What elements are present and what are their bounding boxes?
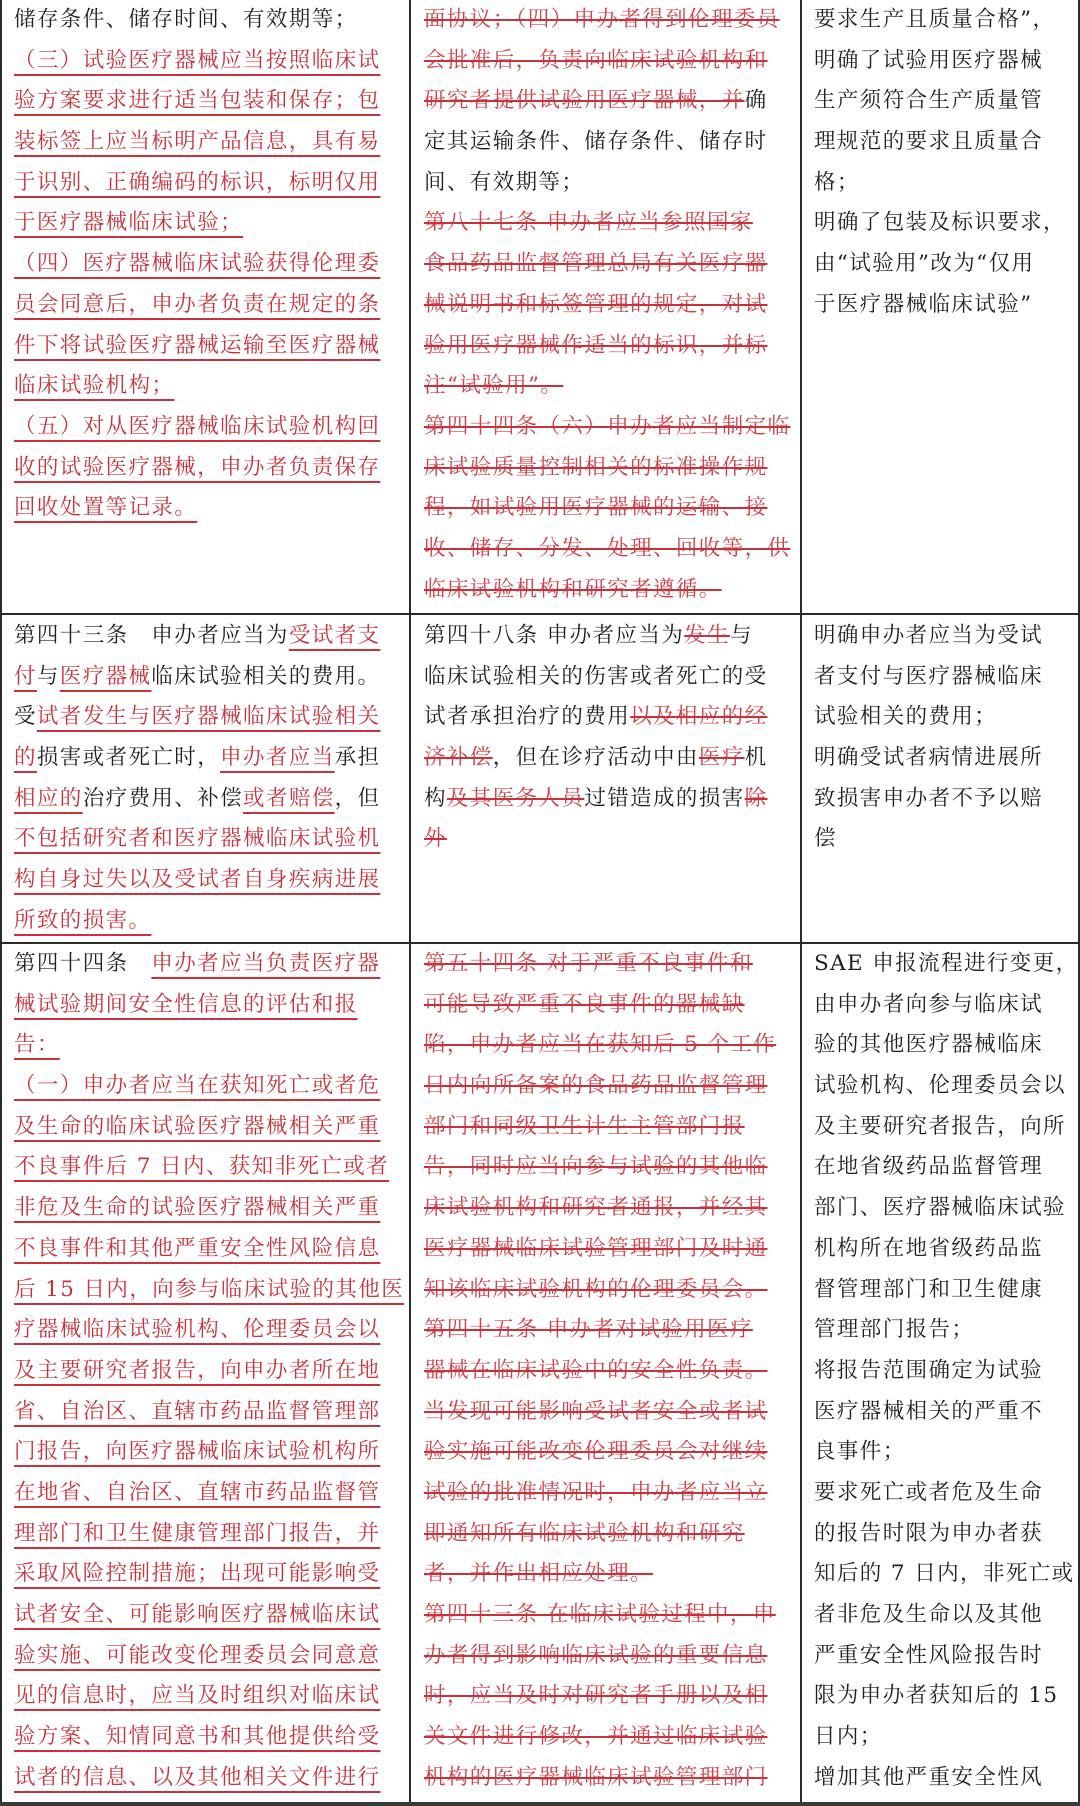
inserted-text: 于医疗器械临床试验； (14, 210, 243, 235)
row-divider-1 (0, 613, 1080, 615)
deleted-text: 机构的医疗器械临床试验管理部门 (424, 1765, 768, 1790)
text: 与 (37, 664, 60, 689)
deleted-text: 器械在临床试验中的安全性负责。 (424, 1358, 768, 1383)
text-line: 第四十五条 申办者对试验用医疗 (424, 1310, 798, 1351)
text-line: 明确了包装及标识要求， (814, 203, 1076, 244)
inserted-text: 试者发生与医疗器械临床试验相关 (37, 704, 381, 729)
inserted-text: 构自身过失以及受试者自身疾病进展 (14, 867, 380, 892)
inserted-text: 员会同意后，申办者负责在规定的条 (14, 292, 380, 317)
text-line: 医疗器械临床试验管理部门及时通 (424, 1229, 798, 1270)
inserted-text: 采取风险控制措施；出现可能影响受 (14, 1561, 380, 1586)
text: 偿 (814, 826, 837, 851)
text-line: 部门和同级卫生计生主管部门报 (424, 1107, 798, 1148)
text-line: 知后的 7 日内，非死亡或 (814, 1554, 1076, 1595)
text-line: 关文件进行修改，并通过临床试验 (424, 1717, 798, 1758)
text-line: 第五十四条 对于严重不良事件和 (424, 944, 798, 985)
text-line: 程，如试验用医疗器械的运输、接 (424, 488, 798, 529)
inserted-text: 疗器械临床试验机构、伦理委员会以 (14, 1317, 380, 1342)
text-line: 面协议；（四）申办者得到伦理委员 (424, 0, 798, 41)
text-line: 要求死亡或者危及生命 (814, 1473, 1076, 1514)
text-line: 于医疗器械临床试验” (814, 285, 1076, 326)
inserted-text: 于识别、正确编码的标识，标明仅用 (14, 170, 380, 195)
inserted-text: 验实施、可能改变伦理委员会同意意 (14, 1643, 380, 1668)
text: 承担 (335, 745, 381, 770)
deleted-text: 注“试验用”。 (424, 373, 563, 398)
text: 临床试验相关的伤害或者死亡的受 (424, 664, 768, 689)
text: 部门、医疗器械临床试验 (814, 1195, 1066, 1220)
inserted-text: 不良事件和其他严重安全性风险信息 (14, 1236, 380, 1261)
inserted-text: 门报告，向医疗器械临床试验机构所 (14, 1439, 380, 1464)
text: 过错造成的损害 (584, 786, 744, 811)
row-1-old-provision-cell: 面协议；（四）申办者得到伦理委员会批准后，负责向临床试验机构和研究者提供试验用医… (424, 0, 798, 610)
text-line: 受试者发生与医疗器械临床试验相关 (14, 697, 406, 738)
text: 确 (745, 88, 768, 113)
text-line: 所致的损害。 (14, 901, 406, 942)
inserted-text: 回收处置等记录。 (14, 495, 197, 520)
text-line: 医疗器械相关的严重不 (814, 1392, 1076, 1433)
text: 试验相关的费用； (814, 704, 997, 729)
deleted-text: 日内向所备案的食品药品监督管理 (424, 1073, 768, 1098)
inserted-text: 申办者应当负责医疗器 (151, 951, 380, 976)
text-line: 者支付与医疗器械临床 (814, 657, 1076, 698)
inserted-text: 理部门和卫生健康管理部门报告，并 (14, 1521, 380, 1546)
text: 生产须符合生产质量管 (814, 88, 1043, 113)
inserted-text: 或者赔偿 (243, 786, 335, 811)
deleted-text: 外 (424, 826, 447, 851)
deleted-text: 第八十七条 申办者应当参照国家 (424, 210, 753, 235)
text-line: 第四十八条 申办者应当为发生与 (424, 616, 798, 657)
text-line: 验的其他医疗器械临床 (814, 1025, 1076, 1066)
inserted-text: （一）申办者应当在获知死亡或者危 (14, 1073, 380, 1098)
text-line: 济补偿，但在诊疗活动中由医疗机 (424, 738, 798, 779)
deleted-text: 验实施可能改变伦理委员会对继续 (424, 1439, 768, 1464)
text-line: 日内； (814, 1717, 1076, 1758)
text-line: 良事件； (814, 1432, 1076, 1473)
deleted-text: 第五十四条 对于严重不良事件和 (424, 951, 753, 976)
text-line: 门报告，向医疗器械临床试验机构所 (14, 1432, 406, 1473)
text-line: 床试验机构和研究者通报，并经其 (424, 1188, 798, 1229)
text: 机 (745, 745, 768, 770)
inserted-text: 省、自治区、直辖市药品监督管理部 (14, 1399, 380, 1424)
deleted-text: 可能导致严重不良事件的器械缺 (424, 992, 745, 1017)
text: 日内； (814, 1724, 883, 1749)
text: 及主要研究者报告，向所 (814, 1114, 1066, 1139)
text-line: 时，应当及时对研究者手册以及相 (424, 1676, 798, 1717)
text-line: 试者安全、可能影响医疗器械临床试 (14, 1595, 406, 1636)
text: 构 (424, 786, 447, 811)
text-line: 限为申办者获知后的 15 (814, 1676, 1076, 1717)
inserted-text: 装标签上应当标明产品信息，具有易 (14, 129, 380, 154)
text-line: 格； (814, 163, 1076, 204)
deleted-text: 时，应当及时对研究者手册以及相 (424, 1683, 768, 1708)
text: 医疗器械相关的严重不 (814, 1399, 1043, 1424)
text-line: 可能导致严重不良事件的器械缺 (424, 985, 798, 1026)
text: 理规范的要求且质量合 (814, 129, 1043, 154)
text-line: 生产须符合生产质量管 (814, 81, 1076, 122)
text-line: 回收处置等记录。 (14, 488, 406, 529)
row-3-new-provision-cell: 第四十四条 申办者应当负责医疗器械试验期间安全性信息的评估和报告：（一）申办者应… (14, 944, 406, 1798)
deleted-text: 研究者提供试验用医疗器械，并 (424, 88, 745, 113)
text-line: 不良事件和其他严重安全性风险信息 (14, 1229, 406, 1270)
inserted-text: 验方案要求进行适当包装和保存；包 (14, 88, 380, 113)
text-line: 不包括研究者和医疗器械临床试验机 (14, 819, 406, 860)
inserted-text: （四）医疗器械临床试验获得伦理委 (14, 251, 380, 276)
text-line: 第四十三条 申办者应当为受试者支 (14, 616, 406, 657)
text-line: 验用医疗器械作适当的标识，并标 (424, 326, 798, 367)
text: 增加其他严重安全性风 (814, 1765, 1043, 1790)
deleted-text: 部门和同级卫生计生主管部门报 (424, 1114, 745, 1139)
text-line: 部门、医疗器械临床试验 (814, 1188, 1076, 1229)
text: 明确了试验用医疗器械 (814, 48, 1043, 73)
deleted-text: 会批准后，负责向临床试验机构和 (424, 48, 768, 73)
text-line: 告： (14, 1025, 406, 1066)
text-line: 付与医疗器械临床试验相关的费用。 (14, 657, 406, 698)
text: 明确受试者病情进展所 (814, 745, 1043, 770)
inserted-text: 验方案、知情同意书和其他提供给受 (14, 1724, 380, 1749)
text-line: 由“试验用”改为“仅用 (814, 244, 1076, 285)
text-line: 储存条件、储存时间、有效期等； (14, 0, 406, 41)
text-line: 即通知所有临床试验机构和研究 (424, 1514, 798, 1555)
deleted-text: 除 (745, 786, 768, 811)
text-line: 者，并作出相应处理。 (424, 1554, 798, 1595)
text: 试验机构、伦理委员会以 (814, 1073, 1066, 1098)
text-line: 试验的批准情况时，申办者应当立 (424, 1473, 798, 1514)
text-line: 非危及生命的试验医疗器械相关严重 (14, 1188, 406, 1229)
text: 者支付与医疗器械临床 (814, 664, 1043, 689)
deleted-text: 床试验质量控制相关的标准操作规 (424, 455, 768, 480)
row-1-new-provision-cell: 储存条件、储存时间、有效期等；（三）试验医疗器械应当按照临床试验方案要求进行适当… (14, 0, 406, 529)
inserted-text: 不包括研究者和医疗器械临床试验机 (14, 826, 380, 851)
inserted-text: 在地省、自治区、直辖市药品监督管 (14, 1480, 380, 1505)
text-line: 管理部门报告； (814, 1310, 1076, 1351)
deleted-text: 验用医疗器械作适当的标识，并标 (424, 333, 768, 358)
text-line: 第八十七条 申办者应当参照国家 (424, 203, 798, 244)
text: 验的其他医疗器械临床 (814, 1032, 1043, 1057)
text-line: 收、储存、分发、处理、回收等，供 (424, 529, 798, 570)
deleted-text: 第四十三条 在临床试验过程中，申 (424, 1602, 776, 1627)
text: 要求死亡或者危及生命 (814, 1480, 1043, 1505)
deleted-text: 当发现可能影响受试者安全或者试 (424, 1399, 768, 1424)
text-line: 装标签上应当标明产品信息，具有易 (14, 122, 406, 163)
text: 定其运输条件、储存条件、储存时 (424, 129, 768, 154)
text-line: 日内向所备案的食品药品监督管理 (424, 1066, 798, 1107)
inserted-text: 告： (14, 1032, 60, 1057)
deleted-text: 收、储存、分发、处理、回收等，供 (424, 536, 790, 561)
comparison-table: 储存条件、储存时间、有效期等；（三）试验医疗器械应当按照临床试验方案要求进行适当… (0, 0, 1080, 1806)
text-line: 理规范的要求且质量合 (814, 122, 1076, 163)
deleted-text: 及其医务人员 (447, 786, 584, 811)
text-line: 验方案、知情同意书和其他提供给受 (14, 1717, 406, 1758)
text: ，但 (335, 786, 381, 811)
text-line: 致损害申办者不予以赔 (814, 779, 1076, 820)
text: 良事件； (814, 1439, 906, 1464)
text: 严重安全性风险报告时 (814, 1643, 1043, 1668)
text-line: 试者的信息、以及其他相关文件进行 (14, 1758, 406, 1799)
deleted-text: 医疗器械临床试验管理部门及时通 (424, 1236, 768, 1261)
text-line: 后 15 日内，向参与临床试验的其他医 (14, 1270, 406, 1311)
text: 于医疗器械临床试验” (814, 292, 1033, 317)
text-line: 督管理部门和卫生健康 (814, 1270, 1076, 1311)
text: 与 (730, 623, 753, 648)
text: 致损害申办者不予以赔 (814, 786, 1043, 811)
text-line: 研究者提供试验用医疗器械，并确 (424, 81, 798, 122)
text-line: 床试验质量控制相关的标准操作规 (424, 448, 798, 489)
text-line: 明确申办者应当为受试 (814, 616, 1076, 657)
text: 知后的 7 日内，非死亡或 (814, 1561, 1075, 1586)
text-line: 器械在临床试验中的安全性负责。 (424, 1351, 798, 1392)
text-line: 由申办者向参与临床试 (814, 985, 1076, 1026)
text-line: 告，同时应当向参与试验的其他临 (424, 1147, 798, 1188)
text-line: 临床试验机构； (14, 366, 406, 407)
column-divider-2 (800, 0, 802, 1806)
text: 的报告时限为申办者获 (814, 1521, 1043, 1546)
text-line: 不良事件后 7 日内、获知非死亡或者 (14, 1147, 406, 1188)
text-line: 员会同意后，申办者负责在规定的条 (14, 285, 406, 326)
text-line: 于识别、正确编码的标识，标明仅用 (14, 163, 406, 204)
text: SAE 申报流程进行变更， (814, 951, 1079, 976)
text-line: 试验相关的费用； (814, 697, 1076, 738)
deleted-text: 济补偿 (424, 745, 493, 770)
text: 由“试验用”改为“仅用 (814, 251, 1034, 276)
inserted-text: 非危及生命的试验医疗器械相关严重 (14, 1195, 380, 1220)
text: 要求生产且质量合格”， (814, 7, 1055, 32)
text: 储存条件、储存时间、有效期等； (14, 7, 358, 32)
row-3-remarks-cell: SAE 申报流程进行变更，由申办者向参与临床试验的其他医疗器械临床试验机构、伦理… (814, 944, 1076, 1798)
inserted-text: 医疗器械 (60, 664, 152, 689)
text-line: 食品药品监督管理总局有关医疗器 (424, 244, 798, 285)
deleted-text: 程，如试验用医疗器械的运输、接 (424, 495, 768, 520)
table-border-bottom (0, 1802, 1080, 1806)
text-line: 临床试验机构和研究者遵循。 (424, 570, 798, 611)
text-line: 将报告范围确定为试验 (814, 1351, 1076, 1392)
inserted-text: 后 15 日内，向参与临床试验的其他医 (14, 1277, 404, 1302)
column-divider-1 (409, 0, 411, 1806)
text-line: 明确了试验用医疗器械 (814, 41, 1076, 82)
deleted-text: 试验的批准情况时，申办者应当立 (424, 1480, 768, 1505)
text-line: SAE 申报流程进行变更， (814, 944, 1076, 985)
text: 第四十四条 (14, 951, 151, 976)
text-line: （一）申办者应当在获知死亡或者危 (14, 1066, 406, 1107)
text-line: 会批准后，负责向临床试验机构和 (424, 41, 798, 82)
deleted-text: 临床试验机构和研究者遵循。 (424, 577, 722, 602)
deleted-text: 以及相应的经 (630, 704, 767, 729)
inserted-text: 付 (14, 664, 37, 689)
text: 机构所在地省级药品监 (814, 1236, 1043, 1261)
text-line: 第四十三条 在临床试验过程中，申 (424, 1595, 798, 1636)
text-line: 注“试验用”。 (424, 366, 798, 407)
text-line: （五）对从医疗器械临床试验机构回 (14, 407, 406, 448)
inserted-text: 试者的信息、以及其他相关文件进行 (14, 1765, 380, 1790)
inserted-text: 所致的损害。 (14, 908, 151, 933)
deleted-text: 械说明书和标签管理的规定，对试 (424, 292, 768, 317)
deleted-text: 医疗 (699, 745, 745, 770)
text: 间、有效期等； (424, 170, 584, 195)
text: 由申办者向参与临床试 (814, 992, 1043, 1017)
text-line: 间、有效期等； (424, 163, 798, 204)
deleted-text: 知该临床试验机构的伦理委员会。 (424, 1277, 768, 1302)
text-line: 构及其医务人员过错造成的损害除 (424, 779, 798, 820)
text-line: 在地省级药品监督管理 (814, 1147, 1076, 1188)
text-line: 收的试验医疗器械，申办者负责保存 (14, 448, 406, 489)
text-line: 相应的治疗费用、补偿或者赔偿，但 (14, 779, 406, 820)
text: 第四十八条 申办者应当为 (424, 623, 684, 648)
deleted-text: 关文件进行修改，并通过临床试验 (424, 1724, 768, 1749)
text-line: 的损害或者死亡时，申办者应当承担 (14, 738, 406, 779)
text: 格； (814, 170, 860, 195)
text: 试者承担治疗的费用 (424, 704, 630, 729)
row-2-remarks-cell: 明确申办者应当为受试者支付与医疗器械临床试验相关的费用；明确受试者病情进展所致损… (814, 616, 1076, 860)
row-3-old-provision-cell: 第五十四条 对于严重不良事件和可能导致严重不良事件的器械缺陷，申办者应当在获知后… (424, 944, 798, 1798)
inserted-text: （五）对从医疗器械临床试验机构回 (14, 414, 380, 439)
inserted-text: 申办者应当 (220, 745, 335, 770)
text-line: 于医疗器械临床试验； (14, 203, 406, 244)
text: 治疗费用、补偿 (83, 786, 243, 811)
text-line: 试验机构、伦理委员会以 (814, 1066, 1076, 1107)
text-line: 省、自治区、直辖市药品监督管理部 (14, 1392, 406, 1433)
text-line: 试者承担治疗的费用以及相应的经 (424, 697, 798, 738)
inserted-text: 及主要研究者报告，向申办者所在地 (14, 1358, 380, 1383)
text-line: 在地省、自治区、直辖市药品监督管 (14, 1473, 406, 1514)
text-line: 见的信息时，应当及时组织对临床试 (14, 1676, 406, 1717)
inserted-text: 械试验期间安全性信息的评估和报 (14, 992, 358, 1017)
text-line: 验实施可能改变伦理委员会对继续 (424, 1432, 798, 1473)
inserted-text: 相应的 (14, 786, 83, 811)
row-2-new-provision-cell: 第四十三条 申办者应当为受试者支付与医疗器械临床试验相关的费用。受试者发生与医疗… (14, 616, 406, 942)
text-line: 机构所在地省级药品监 (814, 1229, 1076, 1270)
text: 明确申办者应当为受试 (814, 623, 1043, 648)
text-line: 及主要研究者报告，向所 (814, 1107, 1076, 1148)
table-border-left (0, 0, 2, 1806)
text-line: 件下将试验医疗器械运输至医疗器械 (14, 326, 406, 367)
inserted-text: 件下将试验医疗器械运输至医疗器械 (14, 333, 380, 358)
text: ，但在诊疗活动中由 (493, 745, 699, 770)
row-2-old-provision-cell: 第四十八条 申办者应当为发生与临床试验相关的伤害或者死亡的受试者承担治疗的费用以… (424, 616, 798, 860)
text-line: 增加其他严重安全性风 (814, 1758, 1076, 1799)
text-line: 定其运输条件、储存条件、储存时 (424, 122, 798, 163)
text-line: 的报告时限为申办者获 (814, 1514, 1076, 1555)
text: 第四十三条 申办者应当为 (14, 623, 289, 648)
inserted-text: 不良事件后 7 日内、获知非死亡或者 (14, 1154, 389, 1179)
text-line: 械说明书和标签管理的规定，对试 (424, 285, 798, 326)
text-line: 知该临床试验机构的伦理委员会。 (424, 1270, 798, 1311)
text: 督管理部门和卫生健康 (814, 1277, 1043, 1302)
text-line: 陷，申办者应当在获知后 5 个工作 (424, 1025, 798, 1066)
inserted-text: 收的试验医疗器械，申办者负责保存 (14, 455, 380, 480)
inserted-text: （三）试验医疗器械应当按照临床试 (14, 48, 380, 73)
text: 明确了包装及标识要求， (814, 210, 1066, 235)
text-line: 第四十四条（六）申办者应当制定临 (424, 407, 798, 448)
text-line: 理部门和卫生健康管理部门报告，并 (14, 1514, 406, 1555)
text-line: 办者得到影响临床试验的重要信息 (424, 1636, 798, 1677)
text: 将报告范围确定为试验 (814, 1358, 1043, 1383)
deleted-text: 床试验机构和研究者通报，并经其 (424, 1195, 768, 1220)
text-line: 疗器械临床试验机构、伦理委员会以 (14, 1310, 406, 1351)
text-line: 临床试验相关的伤害或者死亡的受 (424, 657, 798, 698)
text-line: 者非危及生命以及其他 (814, 1595, 1076, 1636)
row-1-remarks-cell: 要求生产且质量合格”，明确了试验用医疗器械生产须符合生产质量管理规范的要求且质量… (814, 0, 1076, 326)
text: 限为申办者获知后的 15 (814, 1683, 1059, 1708)
deleted-text: 面协议；（四）申办者得到伦理委员 (424, 7, 780, 32)
text-line: 第四十四条 申办者应当负责医疗器 (14, 944, 406, 985)
deleted-text: 发生 (684, 623, 730, 648)
text: 临床试验相关的费用。 (151, 664, 380, 689)
text-line: 要求生产且质量合格”， (814, 0, 1076, 41)
deleted-text: 者，并作出相应处理。 (424, 1561, 653, 1586)
text-line: 构自身过失以及受试者自身疾病进展 (14, 860, 406, 901)
text-line: 外 (424, 819, 798, 860)
text-line: 验方案要求进行适当包装和保存；包 (14, 81, 406, 122)
text: 管理部门报告； (814, 1317, 974, 1342)
inserted-text: 的 (14, 745, 37, 770)
inserted-text: 见的信息时，应当及时组织对临床试 (14, 1683, 380, 1708)
deleted-text: 即通知所有临床试验机构和研究 (424, 1521, 745, 1546)
text: 在地省级药品监督管理 (814, 1154, 1043, 1179)
inserted-text: 临床试验机构； (14, 373, 174, 398)
deleted-text: 第四十五条 申办者对试验用医疗 (424, 1317, 753, 1342)
text-line: 严重安全性风险报告时 (814, 1636, 1076, 1677)
deleted-text: 告，同时应当向参与试验的其他临 (424, 1154, 768, 1179)
text-line: 及生命的临床试验医疗器械相关严重 (14, 1107, 406, 1148)
text-line: 及主要研究者报告，向申办者所在地 (14, 1351, 406, 1392)
text-line: 明确受试者病情进展所 (814, 738, 1076, 779)
deleted-text: 食品药品监督管理总局有关医疗器 (424, 251, 768, 276)
text: 受 (14, 704, 37, 729)
text: 损害或者死亡时， (37, 745, 220, 770)
deleted-text: 陷，申办者应当在获知后 5 个工作 (424, 1032, 776, 1057)
text-line: 采取风险控制措施；出现可能影响受 (14, 1554, 406, 1595)
text-line: （三）试验医疗器械应当按照临床试 (14, 41, 406, 82)
inserted-text: 及生命的临床试验医疗器械相关严重 (14, 1114, 380, 1139)
text-line: （四）医疗器械临床试验获得伦理委 (14, 244, 406, 285)
inserted-text: 试者安全、可能影响医疗器械临床试 (14, 1602, 380, 1627)
text: 者非危及生命以及其他 (814, 1602, 1043, 1627)
inserted-text: 受试者支 (289, 623, 381, 648)
deleted-text: 办者得到影响临床试验的重要信息 (424, 1643, 768, 1668)
deleted-text: 第四十四条（六）申办者应当制定临 (424, 414, 790, 439)
text-line: 验实施、可能改变伦理委员会同意意 (14, 1636, 406, 1677)
text-line: 械试验期间安全性信息的评估和报 (14, 985, 406, 1026)
text-line: 机构的医疗器械临床试验管理部门 (424, 1758, 798, 1799)
text-line: 偿 (814, 819, 1076, 860)
text-line: 当发现可能影响受试者安全或者试 (424, 1392, 798, 1433)
